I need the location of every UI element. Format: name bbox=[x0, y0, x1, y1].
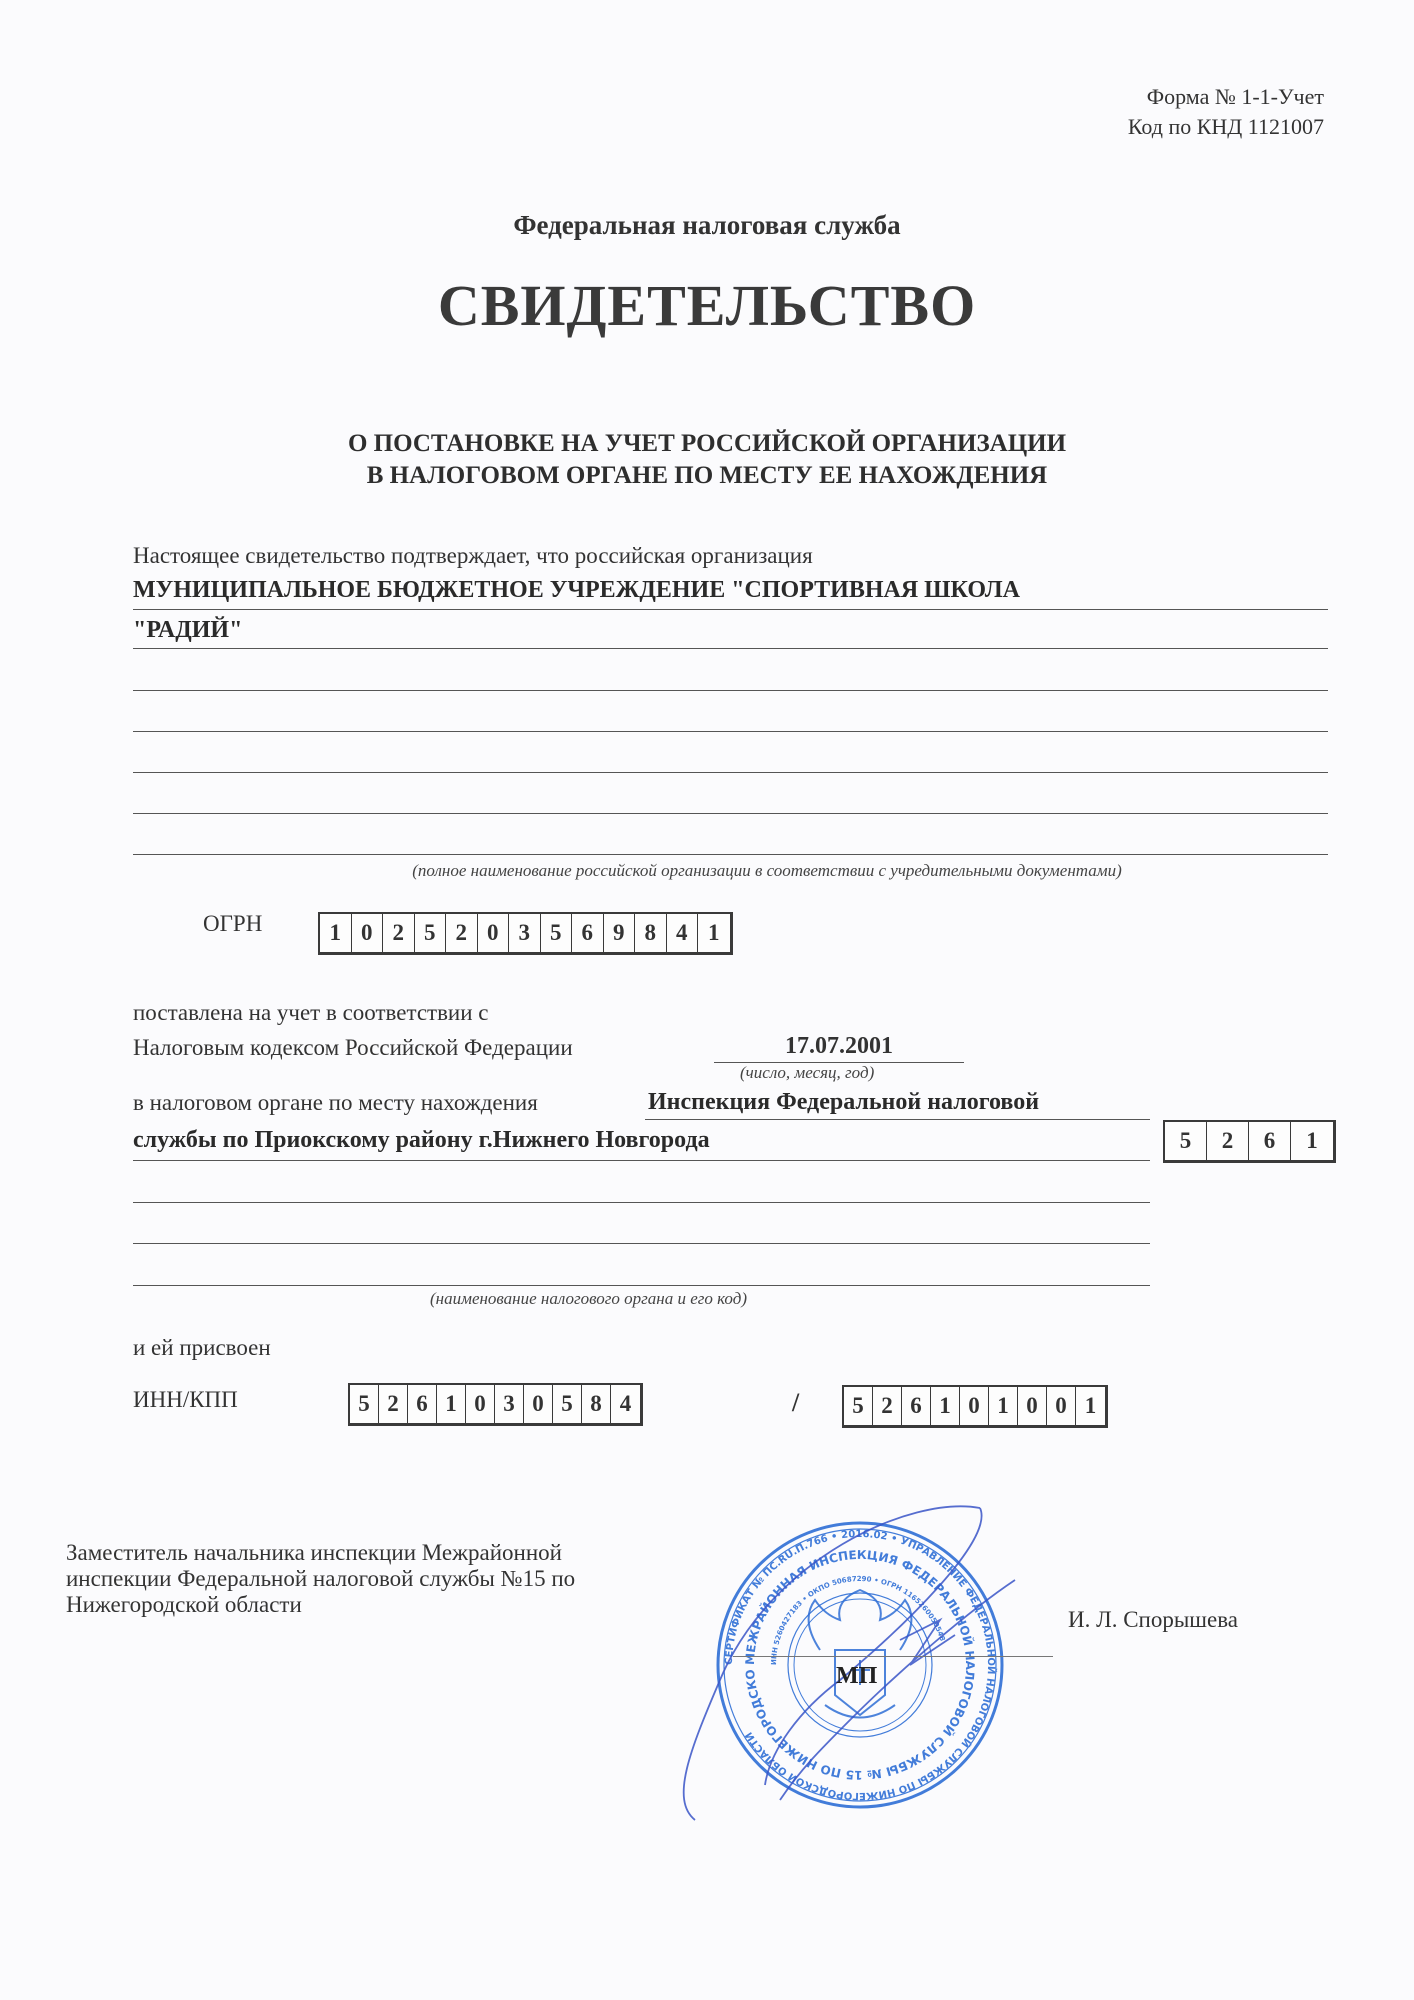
digit-cell: 1 bbox=[437, 1385, 466, 1423]
kpp-digit-boxes: 526101001 bbox=[842, 1385, 1108, 1428]
assigned-label: и ей присвоен bbox=[133, 1335, 271, 1361]
digit-cell: 1 bbox=[1291, 1122, 1333, 1160]
digit-cell: 3 bbox=[509, 914, 541, 952]
digit-cell: 5 bbox=[553, 1385, 582, 1423]
form-identifier: Форма № 1-1-Учет Код по КНД 1121007 bbox=[1128, 82, 1324, 142]
digit-cell: 5 bbox=[541, 914, 573, 952]
registration-date: 17.07.2001 bbox=[714, 1033, 964, 1060]
digit-cell: 6 bbox=[902, 1387, 931, 1425]
digit-cell: 8 bbox=[582, 1385, 611, 1423]
registration-line-2: Налоговым кодексом Российской Федерации bbox=[133, 1035, 573, 1061]
intro-text: Настоящее свидетельство подтверждает, чт… bbox=[133, 543, 813, 569]
digit-cell: 5 bbox=[415, 914, 447, 952]
divider bbox=[133, 1160, 1150, 1161]
tax-authority-code-boxes: 5261 bbox=[1163, 1120, 1336, 1163]
digit-cell: 1 bbox=[1076, 1387, 1105, 1425]
divider bbox=[133, 690, 1328, 691]
digit-cell: 0 bbox=[524, 1385, 553, 1423]
digit-cell: 0 bbox=[478, 914, 510, 952]
subtitle-line-2: В НАЛОГОВОМ ОРГАНЕ ПО МЕСТУ ЕЕ НАХОЖДЕНИ… bbox=[0, 460, 1414, 492]
digit-cell: 2 bbox=[873, 1387, 902, 1425]
signer-position-line-3: Нижегородской области bbox=[66, 1592, 575, 1618]
digit-cell: 2 bbox=[446, 914, 478, 952]
digit-cell: 0 bbox=[466, 1385, 495, 1423]
inn-kpp-label: ИНН/КПП bbox=[133, 1387, 238, 1413]
digit-cell: 2 bbox=[1207, 1122, 1249, 1160]
registration-line-1: поставлена на учет в соответствии с bbox=[133, 1000, 489, 1026]
signer-position-line-2: инспекции Федеральной налоговой службы №… bbox=[66, 1566, 575, 1592]
inn-kpp-separator: / bbox=[792, 1388, 799, 1418]
ogrn-digit-boxes: 1025203569841 bbox=[318, 912, 733, 955]
stamp-place-mark: МП bbox=[836, 1663, 877, 1690]
digit-cell: 5 bbox=[1165, 1122, 1207, 1160]
digit-cell: 6 bbox=[572, 914, 604, 952]
digit-cell: 4 bbox=[667, 914, 699, 952]
digit-cell: 1 bbox=[320, 914, 352, 952]
digit-cell: 0 bbox=[1018, 1387, 1047, 1425]
knd-code: Код по КНД 1121007 bbox=[1128, 112, 1324, 142]
form-number: Форма № 1-1-Учет bbox=[1128, 82, 1324, 112]
digit-cell: 8 bbox=[635, 914, 667, 952]
organization-name-caption: (полное наименование российской организа… bbox=[0, 861, 1414, 881]
digit-cell: 2 bbox=[379, 1385, 408, 1423]
signer-position: Заместитель начальника инспекции Межрайо… bbox=[66, 1540, 575, 1618]
digit-cell: 5 bbox=[844, 1387, 873, 1425]
tax-authority-caption: (наименование налогового органа и его ко… bbox=[430, 1289, 747, 1309]
tax-authority-label: в налоговом органе по месту нахождения bbox=[133, 1090, 538, 1116]
signature-line bbox=[733, 1656, 1053, 1657]
digit-cell: 6 bbox=[408, 1385, 437, 1423]
digit-cell: 2 bbox=[383, 914, 415, 952]
divider bbox=[133, 648, 1328, 649]
divider bbox=[133, 854, 1328, 855]
divider bbox=[133, 772, 1328, 773]
agency-name: Федеральная налоговая служба bbox=[0, 210, 1414, 241]
digit-cell: 1 bbox=[989, 1387, 1018, 1425]
digit-cell: 0 bbox=[1047, 1387, 1076, 1425]
date-caption: (число, месяц, год) bbox=[740, 1063, 874, 1083]
digit-cell: 9 bbox=[604, 914, 636, 952]
document-subtitle: О ПОСТАНОВКЕ НА УЧЕТ РОССИЙСКОЙ ОРГАНИЗА… bbox=[0, 428, 1414, 492]
subtitle-line-1: О ПОСТАНОВКЕ НА УЧЕТ РОССИЙСКОЙ ОРГАНИЗА… bbox=[0, 428, 1414, 460]
organization-name-line-1: МУНИЦИПАЛЬНОЕ БЮДЖЕТНОЕ УЧРЕЖДЕНИЕ "СПОР… bbox=[133, 577, 1020, 604]
document-title: СВИДЕТЕЛЬСТВО bbox=[0, 272, 1414, 339]
tax-authority-name-line-1: Инспекция Федеральной налоговой bbox=[648, 1089, 1039, 1116]
divider bbox=[133, 1285, 1150, 1286]
digit-cell: 1 bbox=[698, 914, 730, 952]
divider bbox=[645, 1119, 1150, 1120]
signer-position-line-1: Заместитель начальника инспекции Межрайо… bbox=[66, 1540, 575, 1566]
digit-cell: 0 bbox=[960, 1387, 989, 1425]
tax-authority-name-line-2: службы по Приокскому району г.Нижнего Но… bbox=[133, 1127, 710, 1154]
inn-digit-boxes: 5261030584 bbox=[348, 1383, 643, 1426]
divider bbox=[133, 1202, 1150, 1203]
ogrn-label: ОГРН bbox=[203, 911, 262, 937]
signer-name: И. Л. Спорышева bbox=[1068, 1607, 1238, 1633]
digit-cell: 4 bbox=[611, 1385, 640, 1423]
divider bbox=[133, 609, 1328, 610]
digit-cell: 1 bbox=[931, 1387, 960, 1425]
divider bbox=[133, 731, 1328, 732]
digit-cell: 5 bbox=[350, 1385, 379, 1423]
organization-name-line-2: "РАДИЙ" bbox=[133, 617, 242, 644]
divider bbox=[133, 1243, 1150, 1244]
digit-cell: 3 bbox=[495, 1385, 524, 1423]
divider bbox=[133, 813, 1328, 814]
digit-cell: 6 bbox=[1249, 1122, 1291, 1160]
digit-cell: 0 bbox=[352, 914, 384, 952]
